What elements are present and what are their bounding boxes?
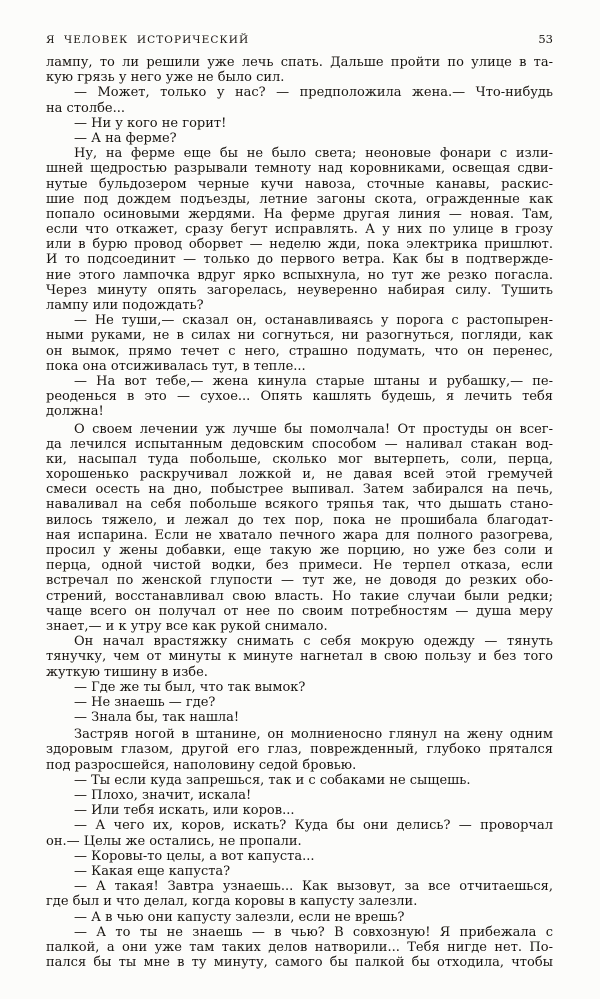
text-line: ная испарина. Если не хватало печного жа… xyxy=(46,528,553,543)
text-line: Через минуту опять загорелась, неуверенн… xyxy=(46,283,553,298)
text-line: чаще всего он получал от нее по своим по… xyxy=(46,604,553,619)
text-line: палкой, а они уже там таких делов натвор… xyxy=(46,940,553,955)
text-line: — Плохо, значит, искала! xyxy=(46,788,553,803)
text-line: на столбе... xyxy=(46,101,553,116)
text-line: — Ни у кого не горит! xyxy=(46,116,553,131)
text-line: он.— Целы же остались, не пропали. xyxy=(46,834,553,849)
text-line: — Где же ты был, что так вымок? xyxy=(46,680,553,695)
text-line: жуткую тишину в избе. xyxy=(46,665,553,680)
text-line: — На вот тебе,— жена кинула старые штаны… xyxy=(46,374,553,389)
page-number: 53 xyxy=(538,32,553,46)
text-line: — Не туши,— сказал он, останавливаясь у … xyxy=(46,313,553,328)
text-line: О своем лечении уж лучше бы помолчала! О… xyxy=(46,422,553,437)
text-line: Он начал врастяжку снимать с себя мокрую… xyxy=(46,634,553,649)
text-line: встречал по женской глупости — тут же, н… xyxy=(46,573,553,588)
running-header: Я ЧЕЛОВЕК ИСТОРИЧЕСКИЙ 53 xyxy=(46,32,553,46)
text-line: — Коровы-то целы, а вот капуста... xyxy=(46,849,553,864)
text-line: просил у жены добавки, еще такую же порц… xyxy=(46,543,553,558)
book-page: Я ЧЕЛОВЕК ИСТОРИЧЕСКИЙ 53 лампу, то ли р… xyxy=(0,0,600,999)
text-line: пока она отсиживалась тут, в тепле... xyxy=(46,359,553,374)
text-line: да лечился испытанным дедовским способом… xyxy=(46,437,553,452)
text-line: — А чего их, коров, искать? Куда бы они … xyxy=(46,818,553,833)
text-line: или в бурю провод оборвет — неделю жди, … xyxy=(46,237,553,252)
text-line: пался бы ты мне в ту минуту, самого бы п… xyxy=(46,955,553,970)
body-text: лампу, то ли решили уже лечь спать. Даль… xyxy=(46,55,553,970)
text-line: И то подсоединит — только до первого вет… xyxy=(46,252,553,267)
text-line: здоровым глазом, другой его глаз, повреж… xyxy=(46,742,553,757)
text-line: под разросшейся, наполовину седой бровью… xyxy=(46,758,553,773)
text-line: Застряв ногой в штанине, он молниеносно … xyxy=(46,727,553,742)
text-line: — Может, только у нас? — предположила же… xyxy=(46,85,553,100)
text-line: хорошенько раскручивал ложкой и, не дава… xyxy=(46,467,553,482)
text-line: смеси осесть на дно, побыстрее выпивал. … xyxy=(46,482,553,497)
text-line: попало осиновыми жердями. На ферме друга… xyxy=(46,207,553,222)
text-line: Ну, на ферме еще бы не было света; неоно… xyxy=(46,146,553,161)
text-line: ние этого лампочка вдруг ярко вспыхнула,… xyxy=(46,268,553,283)
text-line: — А то ты не знаешь — в чью? В совхозную… xyxy=(46,925,553,940)
text-line: он вымок, прямо течет с него, страшно по… xyxy=(46,344,553,359)
text-line: перца, одной чистой водки, без примеси. … xyxy=(46,558,553,573)
text-line: если что откажет, сразу бегут исправлять… xyxy=(46,222,553,237)
text-line: нутые бульдозером черные кучи навоза, ст… xyxy=(46,177,553,192)
text-line: — Ты если куда запрешься, так и с собака… xyxy=(46,773,553,788)
text-line: — А на ферме? xyxy=(46,131,553,146)
text-line: — А в чью они капусту залезли, если не в… xyxy=(46,910,553,925)
running-title: Я ЧЕЛОВЕК ИСТОРИЧЕСКИЙ xyxy=(46,34,249,46)
text-line: — Или тебя искать, или коров... xyxy=(46,803,553,818)
text-line: должна! xyxy=(46,404,553,419)
text-line: где был и что делал, когда коровы в капу… xyxy=(46,894,553,909)
text-line: ными руками, не в силах ни согнуться, ни… xyxy=(46,328,553,343)
text-line: реоденься в это — сухое... Опять кашлять… xyxy=(46,389,553,404)
text-line: знает,— и к утру все как рукой снимало. xyxy=(46,619,553,634)
text-line: — А такая! Завтра узнаешь... Как вызовут… xyxy=(46,879,553,894)
text-line: лампу, то ли решили уже лечь спать. Даль… xyxy=(46,55,553,70)
text-line: наваливал на себя побольше всякого тряпь… xyxy=(46,497,553,512)
text-line: лампу или подождать? xyxy=(46,298,553,313)
text-line: — Не знаешь — где? xyxy=(46,695,553,710)
text-line: ки, насыпал туда побольше, сколько мог в… xyxy=(46,452,553,467)
text-line: — Знала бы, так нашла! xyxy=(46,710,553,725)
text-line: — Какая еще капуста? xyxy=(46,864,553,879)
text-line: шие под дождем подъезды, летние загоны с… xyxy=(46,192,553,207)
text-line: тянучку, чем от минуты к минуте нагнетал… xyxy=(46,649,553,664)
text-line: шней щедростью разрывали темноту над кор… xyxy=(46,161,553,176)
text-line: стрений, восстанавливал свою власть. Но … xyxy=(46,589,553,604)
text-line: вилось тяжело, и лежал до тех пор, пока … xyxy=(46,513,553,528)
text-line: кую грязь у него уже не было сил. xyxy=(46,70,553,85)
